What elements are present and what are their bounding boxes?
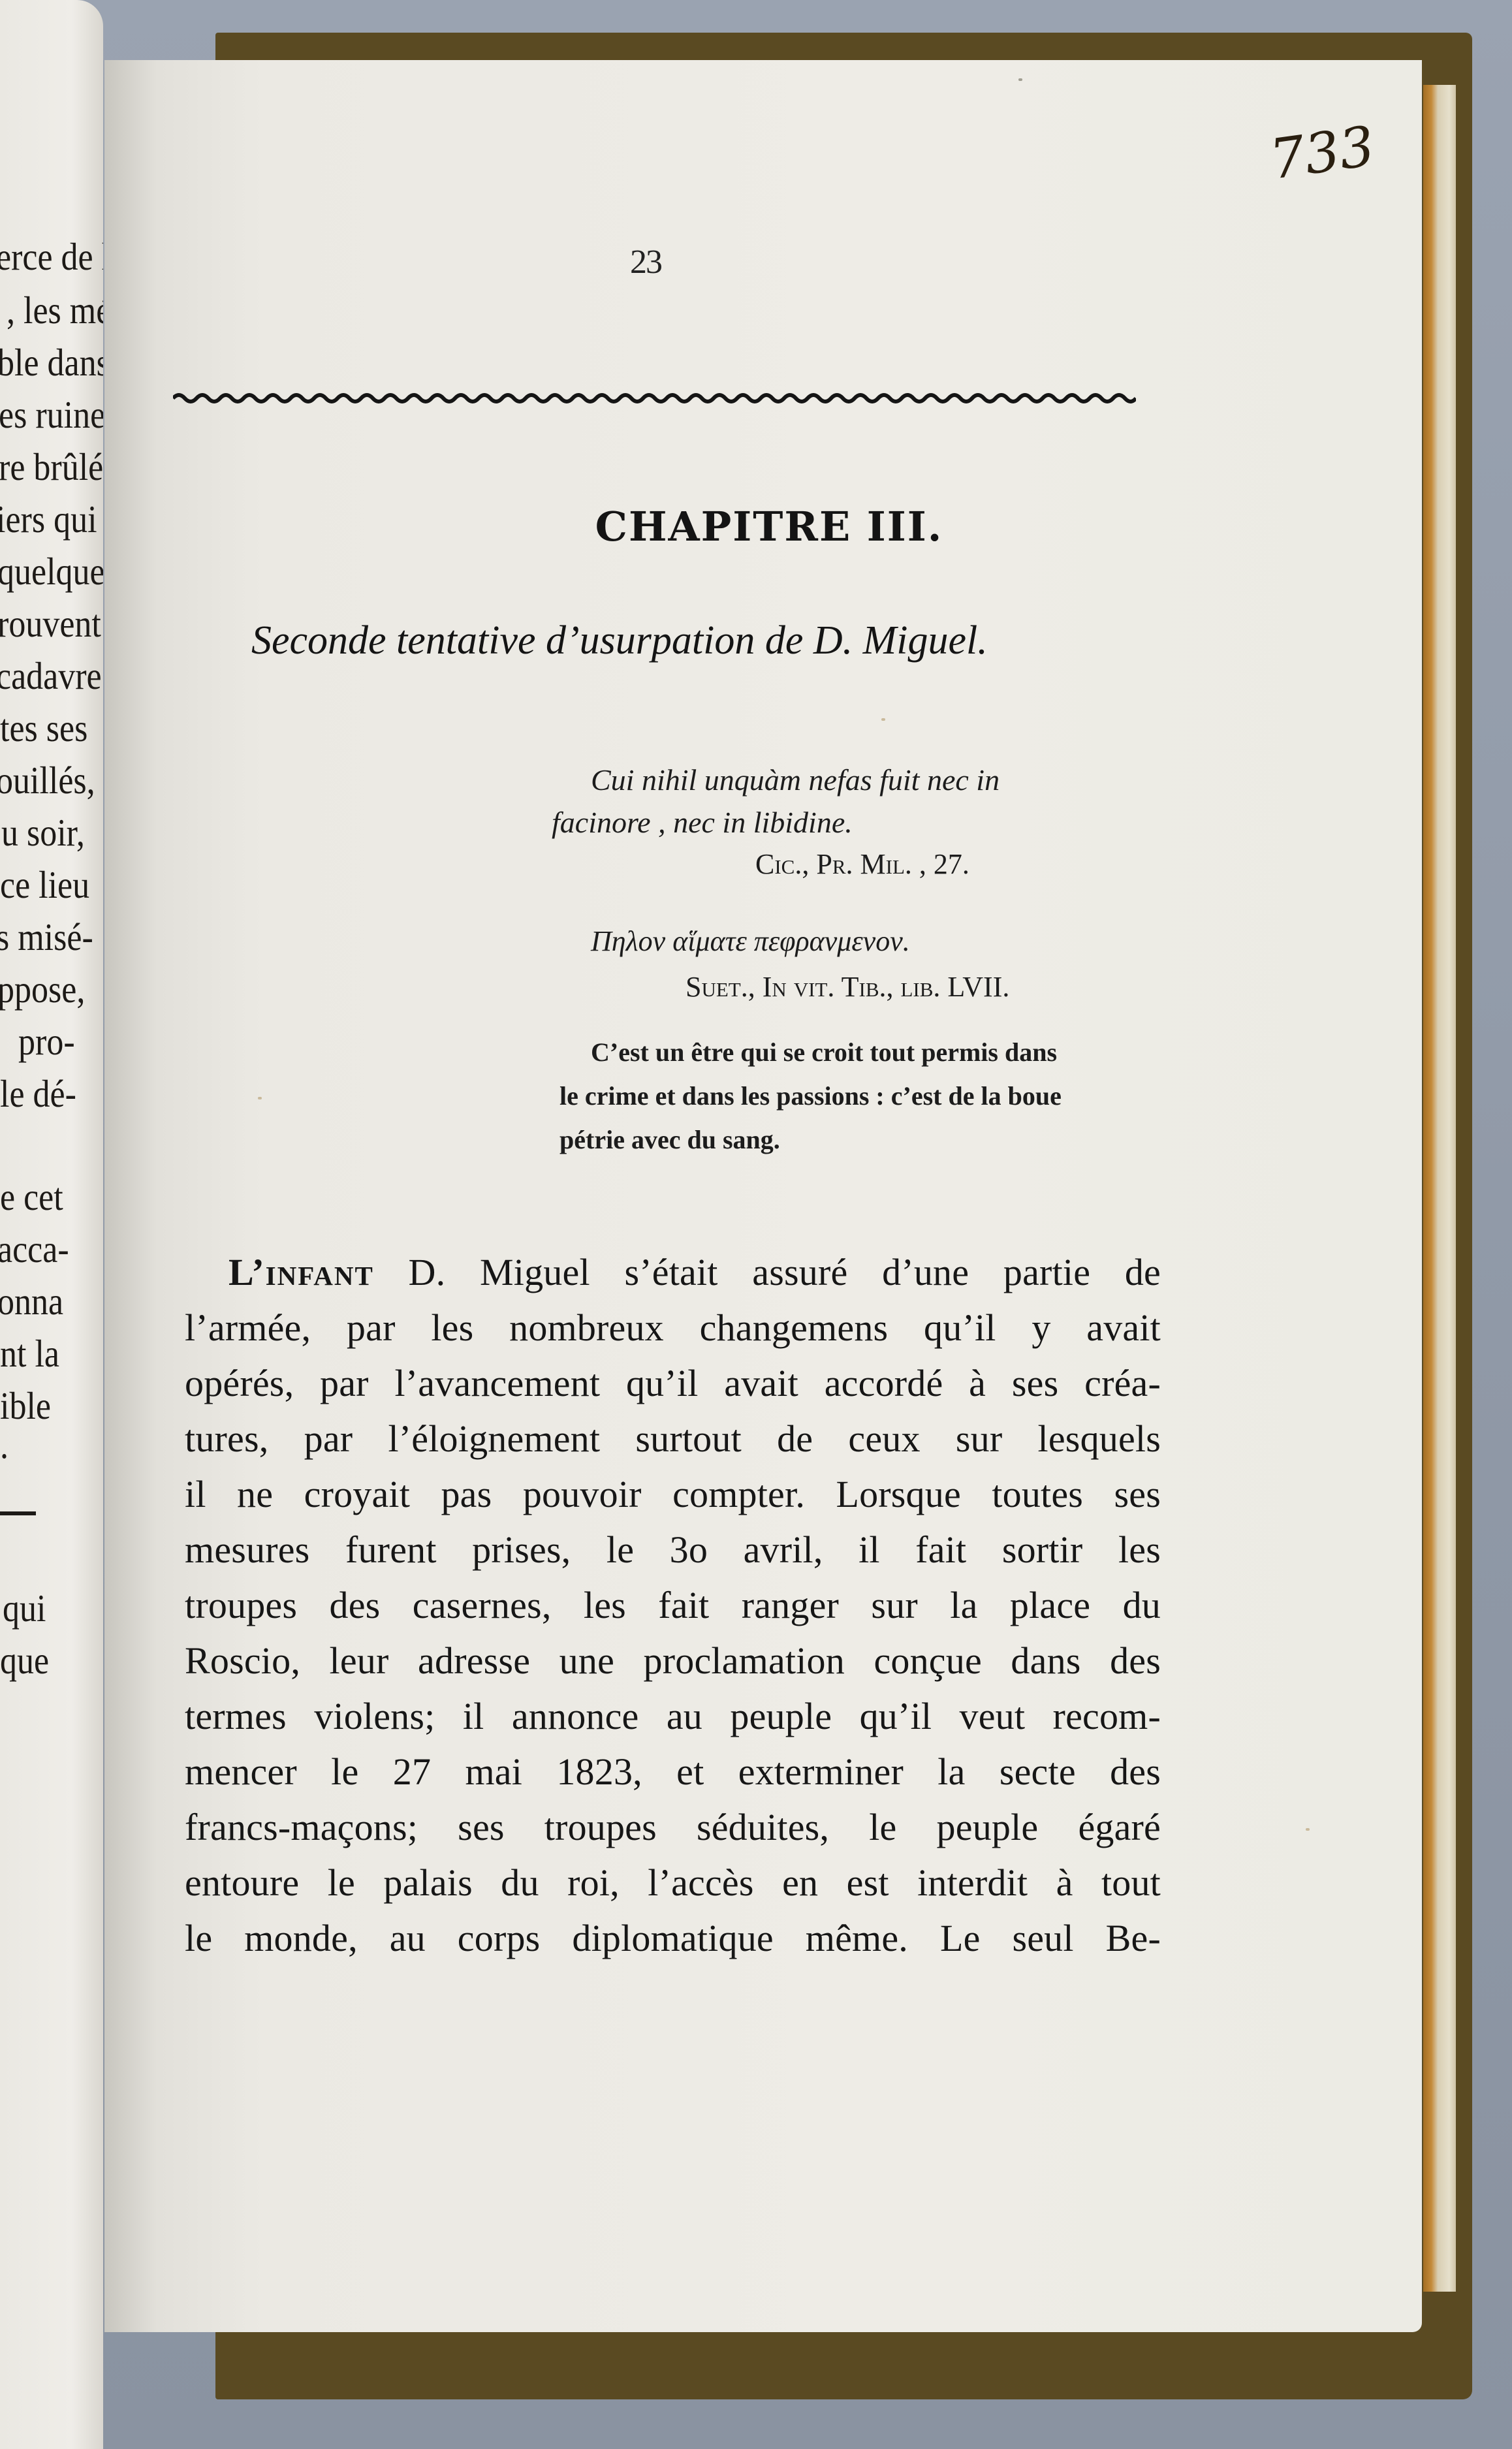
paper-speck <box>881 718 885 721</box>
body-line-3: opérés, par l’avancement qu’il avait acc… <box>185 1361 1161 1405</box>
fragment: e cet <box>0 1175 63 1220</box>
fragment: rouvent <box>0 602 101 646</box>
fragment: acca- <box>0 1227 69 1272</box>
fragment: re brûlé, <box>0 445 103 490</box>
body-line-2: l’armée, par les nombreux changemens qu’… <box>185 1306 1161 1350</box>
facing-page: erce de la , les mé- ble dans es ruines … <box>0 0 103 2449</box>
body-line-13: le monde, au corps diplomatique même. Le… <box>185 1916 1161 1960</box>
chapter-title: CHAPITRE III. <box>0 503 1512 550</box>
fragment: le dé- <box>0 1072 76 1116</box>
fragment: es ruines <box>0 393 103 437</box>
body-line-6: mesures furent prises, le 3o avril, il f… <box>185 1528 1161 1572</box>
body-line-1: L’infant D. Miguel s’était assuré d’une … <box>228 1250 1161 1294</box>
epigraph-french-line-1: C’est un être qui se croit tout permis d… <box>591 1037 1057 1067</box>
body-line-10: mencer le 27 mai 1823, et exterminer la … <box>185 1750 1161 1793</box>
lead-smallcaps: L’infant <box>228 1251 374 1293</box>
epigraph-greek-line: Πηλον αἵματε πεφρανμενον. <box>591 924 910 958</box>
facing-page-rule <box>0 1511 36 1515</box>
body-line-8: Roscio, leur adresse une proclamation co… <box>185 1639 1161 1683</box>
epigraph-greek-source: Suet., In vit. Tib., lib. LVII. <box>685 970 1009 1003</box>
fragment: nt la <box>0 1332 59 1376</box>
fragment: pro- <box>18 1020 75 1064</box>
paper-speck <box>1018 78 1022 81</box>
fragment: u soir, <box>1 811 85 855</box>
facing-page-text: erce de la , les mé- ble dans es ruines … <box>0 235 98 1867</box>
fragment: , les mé- <box>7 289 103 333</box>
fragment: ppose, <box>0 968 85 1012</box>
body-line-5: il ne croyait pas pouvoir compter. Lorsq… <box>185 1472 1161 1516</box>
fragment: ible <box>0 1384 51 1429</box>
fragment: . <box>0 1423 8 1468</box>
fragment: ble dans <box>0 341 103 385</box>
fragment: s misé- <box>0 915 93 960</box>
body-line-9: termes violens; il annonce au peuple qu’… <box>185 1694 1161 1738</box>
epigraph-french-line-2: le crime et dans les passions : c’est de… <box>559 1081 1062 1111</box>
epigraph-latin-line-1: Cui nihil unquàm nefas fuit nec in <box>591 763 1000 797</box>
epigraph-french-line-3: pétrie avec du sang. <box>559 1124 780 1155</box>
epigraph-latin-source: Cic., Pr. Mil. , 27. <box>755 847 969 881</box>
fragment: cadavre <box>0 654 102 699</box>
body-line-4: tures, par l’éloignement surtout de ceux… <box>185 1417 1161 1461</box>
paper-speck <box>1306 1828 1310 1831</box>
fragment: tes ses <box>0 706 87 751</box>
body-line-11: francs-maçons; ses troupes séduites, le … <box>185 1805 1161 1849</box>
epigraph-latin-line-2: facinore , nec in libidine. <box>552 805 853 840</box>
page-edges <box>1423 85 1456 2292</box>
decorative-wavy-rule <box>173 390 1136 406</box>
page-number: 23 <box>630 243 661 281</box>
body-line-12: entoure le palais du roi, l’accès en est… <box>185 1861 1161 1904</box>
fragment: qui <box>3 1587 46 1631</box>
fragment: ouillés, <box>0 759 95 803</box>
paper-speck <box>258 1097 262 1099</box>
fragment: que <box>0 1639 49 1683</box>
fragment: erce de la <box>0 235 103 279</box>
chapter-subtitle: Seconde tentative d’usurpation de D. Mig… <box>251 618 988 664</box>
fragment: ce lieu <box>0 863 89 908</box>
body-line-7: troupes des casernes, les fait ranger su… <box>185 1583 1161 1627</box>
fragment: quelque <box>0 550 103 594</box>
fragment: onna <box>0 1280 63 1324</box>
